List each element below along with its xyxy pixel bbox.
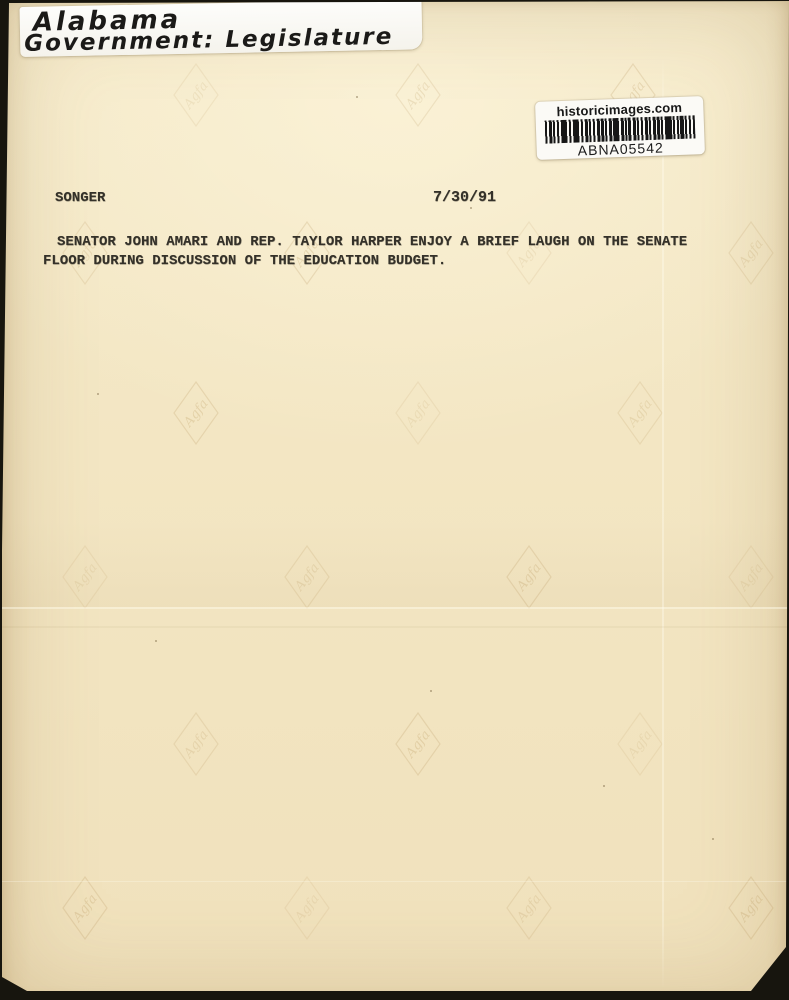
agfa-watermark-icon: Agfa xyxy=(728,876,774,940)
svg-text:Agfa: Agfa xyxy=(625,728,656,762)
agfa-watermark-icon: Agfa xyxy=(173,712,219,776)
agfa-watermark-icon: Agfa xyxy=(395,381,441,445)
dust-speck xyxy=(97,393,99,395)
agfa-watermark-icon: Agfa xyxy=(617,712,663,776)
dust-speck xyxy=(603,785,605,787)
date-stamp: 7/30/91 xyxy=(433,189,496,206)
svg-text:Agfa: Agfa xyxy=(292,892,323,926)
agfa-watermark-icon: Agfa xyxy=(173,63,219,127)
svg-text:Agfa: Agfa xyxy=(403,728,434,762)
agfa-watermark-icon: Agfa xyxy=(395,712,441,776)
svg-text:Agfa: Agfa xyxy=(181,397,212,431)
agfa-watermark-icon: Agfa xyxy=(728,221,774,285)
agfa-watermark-icon: Agfa xyxy=(62,876,108,940)
paper-tone-band xyxy=(0,520,789,607)
svg-text:Agfa: Agfa xyxy=(403,397,434,431)
svg-text:Agfa: Agfa xyxy=(736,892,767,926)
archive-label-sticker: Alabama Government: Legislature xyxy=(20,0,423,57)
dust-speck xyxy=(430,690,432,692)
svg-text:Agfa: Agfa xyxy=(181,79,212,113)
svg-text:Agfa: Agfa xyxy=(514,892,545,926)
barcode-sticker: historicimages.com ABNA05542 xyxy=(535,96,705,160)
svg-text:Agfa: Agfa xyxy=(625,397,656,431)
svg-text:Agfa: Agfa xyxy=(736,237,767,271)
dust-speck xyxy=(712,838,714,840)
agfa-watermark-icon: Agfa xyxy=(506,876,552,940)
dust-speck xyxy=(356,96,358,98)
caption-line-2: FLOOR DURING DISCUSSION OF THE EDUCATION… xyxy=(43,253,446,269)
caption-line-1: SENATOR JOHN AMARI AND REP. TAYLOR HARPE… xyxy=(57,234,687,250)
agfa-watermark-icon: Agfa xyxy=(284,876,330,940)
agfa-watermark-icon: Agfa xyxy=(173,381,219,445)
scanned-photo-back: AgfaAgfaAgfaAgfaAgfaAgfaAgfaAgfaAgfaAgfa… xyxy=(0,0,789,1000)
agfa-watermark-icon: Agfa xyxy=(506,221,552,285)
dust-speck xyxy=(155,640,157,642)
vertical-crease xyxy=(662,56,664,990)
horizontal-crease-bottom xyxy=(0,881,789,882)
svg-text:Agfa: Agfa xyxy=(181,728,212,762)
svg-text:Agfa: Agfa xyxy=(70,892,101,926)
dust-speck xyxy=(470,207,472,209)
horizontal-crease-lower xyxy=(0,626,789,628)
horizontal-crease-upper xyxy=(0,607,789,609)
svg-text:Agfa: Agfa xyxy=(403,79,434,113)
agfa-watermark-icon: Agfa xyxy=(395,63,441,127)
agfa-watermark-icon: Agfa xyxy=(617,381,663,445)
photographer-credit: SONGER xyxy=(55,190,105,206)
